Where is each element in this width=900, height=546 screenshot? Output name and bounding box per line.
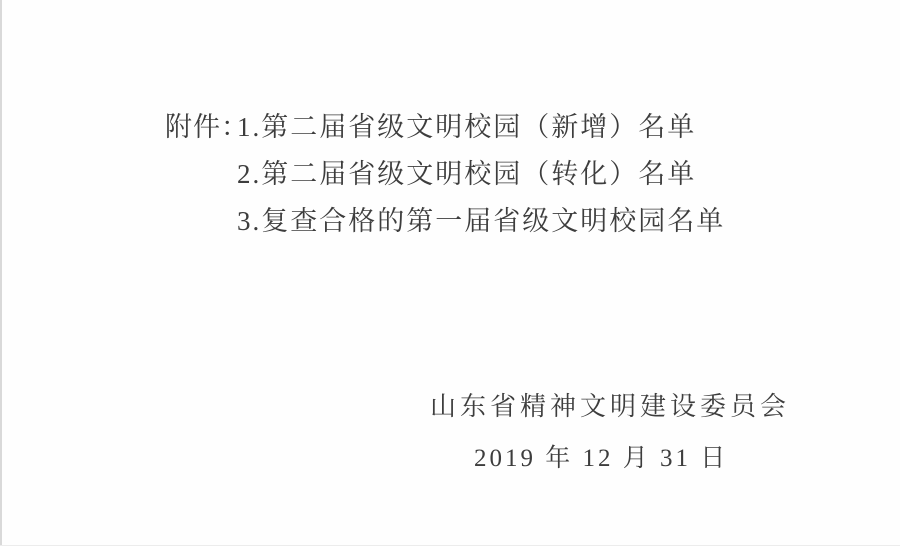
attachments-label: 附件： [165, 104, 237, 151]
document-page: 附件： 1.第二届省级文明校园（新增）名单 2.第二届省级文明校园（转化）名单 … [0, 0, 900, 546]
issuer-signature: 山东省精神文明建设委员会 [430, 386, 790, 423]
scan-edge-left-line [0, 0, 2, 546]
attachments-list: 1.第二届省级文明校园（新增）名单 2.第二届省级文明校园（转化）名单 3.复查… [237, 104, 725, 245]
attachment-item-3: 3.复查合格的第一届省级文明校园名单 [237, 198, 725, 245]
attachment-item-2: 2.第二届省级文明校园（转化）名单 [237, 151, 725, 198]
attachments-block: 附件： 1.第二届省级文明校园（新增）名单 2.第二届省级文明校园（转化）名单 … [165, 104, 725, 245]
attachment-item-1: 1.第二届省级文明校园（新增）名单 [237, 104, 725, 151]
issue-date: 2019 年 12 月 31 日 [474, 438, 728, 474]
